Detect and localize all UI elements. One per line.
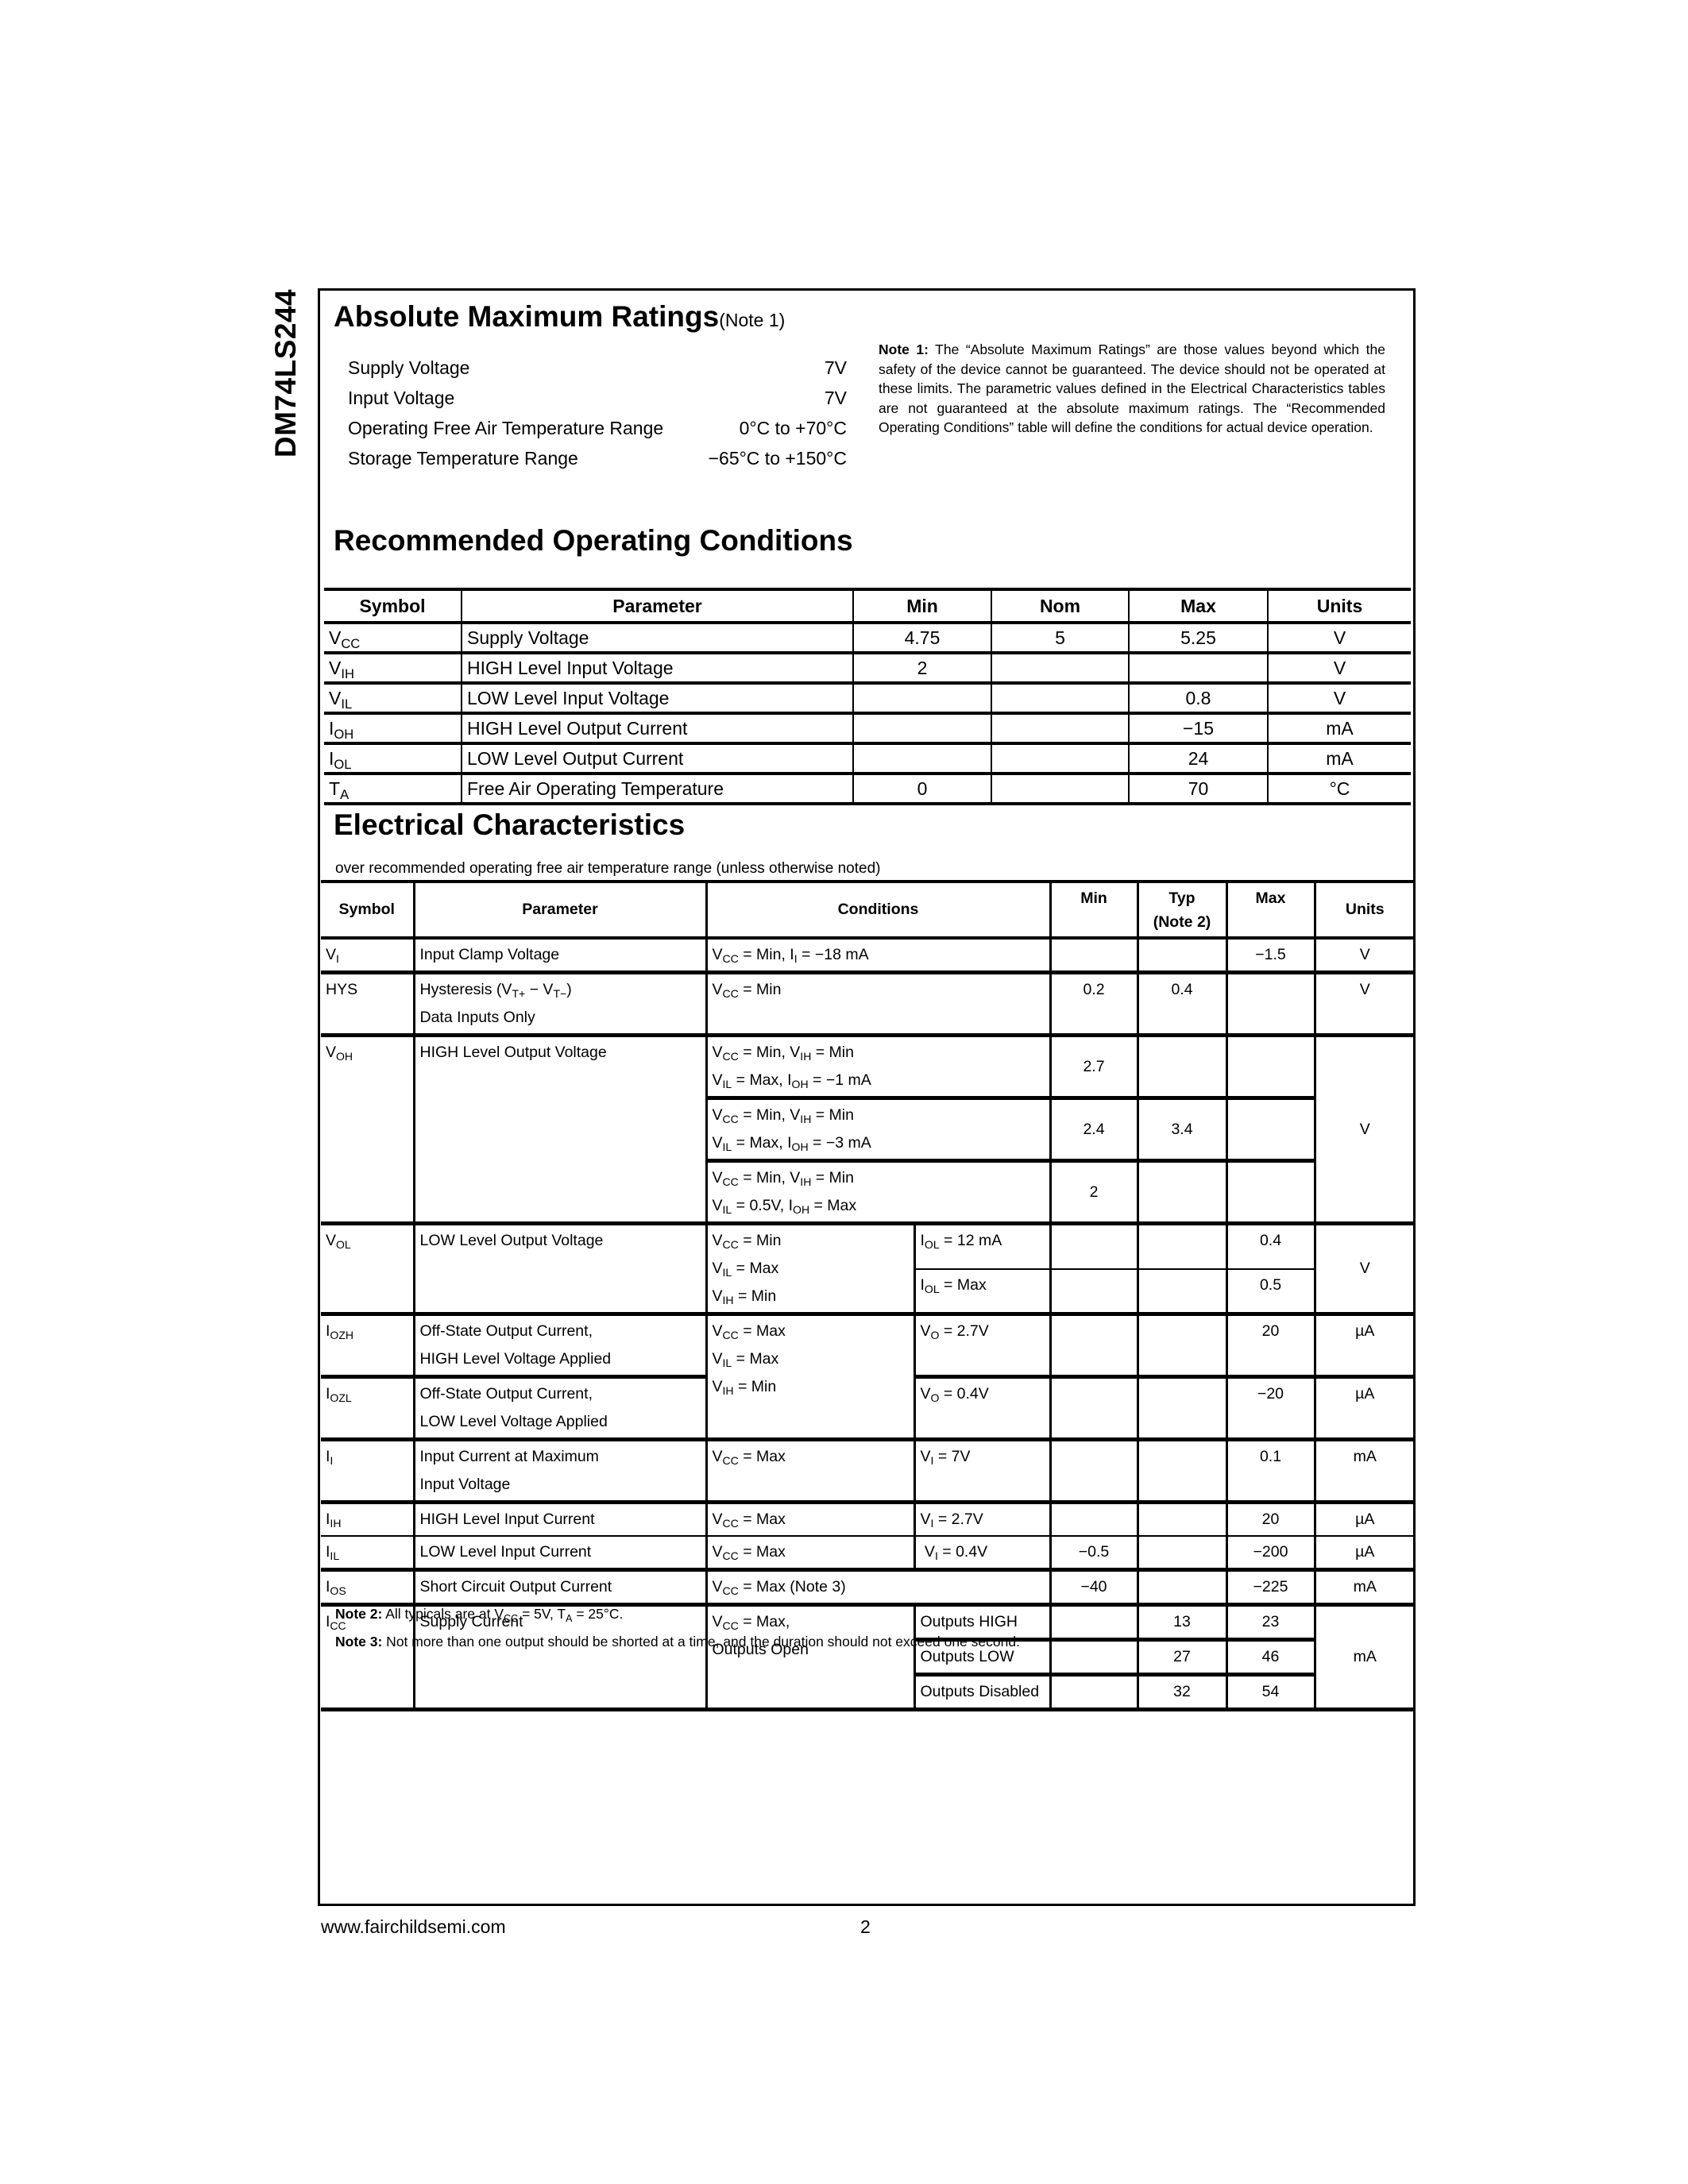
- table-row: VCCSupply Voltage4.7555.25V: [324, 623, 1411, 653]
- rating-row: Operating Free Air Temperature Range0°C …: [348, 413, 847, 443]
- cell-min: [1050, 1269, 1138, 1314]
- cell-units: V: [1268, 623, 1411, 653]
- cell-conditions-b: VO = 2.7V: [914, 1314, 1050, 1377]
- cell-min: [1050, 1675, 1138, 1710]
- cell-symbol: IOL: [324, 743, 462, 774]
- cell-nom: 5: [991, 623, 1129, 653]
- cell-max: −20: [1226, 1377, 1315, 1440]
- col-header: Symbol: [324, 589, 462, 623]
- cell-conditions: VCC = Max: [706, 1536, 914, 1570]
- cell-typ: 32: [1138, 1675, 1226, 1710]
- table-row: IOHHIGH Level Output Current−15mA: [324, 713, 1411, 743]
- cell-min: [1050, 1503, 1138, 1537]
- cell-units: V: [1315, 973, 1414, 1036]
- cell-max: 0.8: [1129, 683, 1268, 713]
- cell-conditions: VCC = MinVIL = MaxVIH = Min: [706, 1224, 914, 1314]
- cell-conditions: VCC = Min: [706, 973, 1050, 1036]
- cell-units: V: [1315, 1036, 1414, 1224]
- cell-min: [853, 743, 991, 774]
- col-header-units: Units: [1315, 882, 1414, 938]
- cell-parameter: LOW Level Output Voltage: [414, 1224, 706, 1314]
- recommended-operating-conditions-title: Recommended Operating Conditions: [334, 524, 853, 558]
- cell-min: [1050, 1640, 1138, 1675]
- table-row: VOLLOW Level Output VoltageVCC = MinVIL …: [321, 1224, 1414, 1269]
- cell-units: V: [1268, 683, 1411, 713]
- col-header-conditions: Conditions: [706, 882, 1050, 938]
- footnote-text: Not more than one output should be short…: [382, 1634, 1020, 1650]
- cell-min: [853, 713, 991, 743]
- cell-parameter: HIGH Level Output Current: [462, 713, 853, 743]
- cell-conditions: VCC = Min, II = −18 mA: [706, 938, 1050, 973]
- cell-conditions: VCC = Min, VIH = MinVIL = Max, IOH = −1 …: [706, 1036, 1050, 1098]
- footnote: Note 2: All typicals are at VCC = 5V, TA…: [335, 1600, 1020, 1628]
- cell-units: mA: [1268, 713, 1411, 743]
- cell-symbol: IIH: [321, 1503, 414, 1537]
- cell-symbol: IOZH: [321, 1314, 414, 1377]
- cell-conditions-b: VI = 0.4V: [914, 1536, 1050, 1570]
- col-header: Parameter: [462, 589, 853, 623]
- cell-nom: [991, 713, 1129, 743]
- cell-units: mA: [1268, 743, 1411, 774]
- cell-typ: [1138, 1570, 1226, 1605]
- footnote-label: Note 3:: [335, 1634, 382, 1650]
- col-header: Nom: [991, 589, 1129, 623]
- cell-parameter: Input Clamp Voltage: [414, 938, 706, 973]
- cell-parameter: Hysteresis (VT+ − VT−)Data Inputs Only: [414, 973, 706, 1036]
- table-row: IOZHOff-State Output Current,HIGH Level …: [321, 1314, 1414, 1377]
- cell-symbol: IOH: [324, 713, 462, 743]
- cell-units: µA: [1315, 1314, 1414, 1377]
- col-header: Units: [1268, 589, 1411, 623]
- electrical-characteristics-title: Electrical Characteristics: [334, 808, 685, 842]
- table-row: VIHHIGH Level Input Voltage2V: [324, 653, 1411, 683]
- cell-min: [853, 683, 991, 713]
- rating-label: Operating Free Air Temperature Range: [348, 413, 663, 443]
- table-row: IIHHIGH Level Input CurrentVCC = MaxVI =…: [321, 1503, 1414, 1537]
- cell-symbol: VCC: [324, 623, 462, 653]
- cell-symbol: TA: [324, 774, 462, 804]
- page-number: 2: [860, 1916, 871, 1938]
- electrical-characteristics-subtitle: over recommended operating free air temp…: [335, 860, 880, 878]
- cell-typ: [1138, 1269, 1226, 1314]
- rating-value: 0°C to +70°C: [740, 413, 847, 443]
- col-header-min: Min: [1050, 882, 1138, 938]
- table-row: IILLOW Level Input CurrentVCC = Max VI =…: [321, 1536, 1414, 1570]
- cell-max: −1.5: [1226, 938, 1315, 973]
- cell-typ: [1138, 1161, 1226, 1224]
- cell-min: 0: [853, 774, 991, 804]
- table-row: HYSHysteresis (VT+ − VT−)Data Inputs Onl…: [321, 973, 1414, 1036]
- cell-max: 23: [1226, 1605, 1315, 1640]
- rating-row: Storage Temperature Range−65°C to +150°C: [348, 443, 847, 473]
- cell-units: mA: [1315, 1605, 1414, 1710]
- col-header-symbol: Symbol: [321, 882, 414, 938]
- cell-parameter: Short Circuit Output Current: [414, 1570, 706, 1605]
- cell-nom: [991, 683, 1129, 713]
- cell-symbol: IIL: [321, 1536, 414, 1570]
- cell-parameter: Supply Voltage: [462, 623, 853, 653]
- absolute-max-ratings-title: Absolute Maximum Ratings(Note 1): [334, 300, 785, 334]
- cell-units: °C: [1268, 774, 1411, 804]
- col-header-parameter: Parameter: [414, 882, 706, 938]
- cell-min: 2.7: [1050, 1036, 1138, 1098]
- cell-max: 54: [1226, 1675, 1315, 1710]
- cell-conditions-b: IOL = Max: [914, 1269, 1050, 1314]
- cell-min: [1050, 1224, 1138, 1269]
- cell-parameter: LOW Level Output Current: [462, 743, 853, 774]
- cell-conditions: VCC = Max: [706, 1503, 914, 1537]
- cell-typ: [1138, 1036, 1226, 1098]
- electrical-characteristics-table: Symbol Parameter Conditions Min Typ(Note…: [321, 880, 1414, 1711]
- rating-label: Supply Voltage: [348, 353, 469, 383]
- cell-units: mA: [1315, 1440, 1414, 1503]
- cell-units: µA: [1315, 1503, 1414, 1537]
- note-1: Note 1: The “Absolute Maximum Ratings” a…: [879, 340, 1385, 438]
- footnote: Note 3: Not more than one output should …: [335, 1628, 1020, 1656]
- cell-typ: [1138, 1377, 1226, 1440]
- cell-max: [1226, 1036, 1315, 1098]
- cell-nom: [991, 774, 1129, 804]
- cell-max: 0.1: [1226, 1440, 1315, 1503]
- cell-typ: [1138, 938, 1226, 973]
- cell-parameter: HIGH Level Input Current: [414, 1503, 706, 1537]
- footnote-label: Note 2:: [335, 1606, 382, 1622]
- cell-max: 70: [1129, 774, 1268, 804]
- rating-row: Input Voltage7V: [348, 383, 847, 413]
- cell-conditions-b: VI = 7V: [914, 1440, 1050, 1503]
- cell-nom: [991, 653, 1129, 683]
- cell-typ: [1138, 1314, 1226, 1377]
- cell-max: 20: [1226, 1314, 1315, 1377]
- cell-typ: 27: [1138, 1640, 1226, 1675]
- cell-units: mA: [1315, 1570, 1414, 1605]
- cell-min: [1050, 1314, 1138, 1377]
- cell-min: 4.75: [853, 623, 991, 653]
- col-header: Max: [1129, 589, 1268, 623]
- cell-max: [1226, 1098, 1315, 1161]
- table-row: IOSShort Circuit Output CurrentVCC = Max…: [321, 1570, 1414, 1605]
- table-row: IIInput Current at MaximumInput VoltageV…: [321, 1440, 1414, 1503]
- rating-value: −65°C to +150°C: [709, 443, 847, 473]
- table-row: VOHHIGH Level Output VoltageVCC = Min, V…: [321, 1036, 1414, 1098]
- cell-min: −0.5: [1050, 1536, 1138, 1570]
- cell-min: 0.2: [1050, 973, 1138, 1036]
- table-row: VILLOW Level Input Voltage0.8V: [324, 683, 1411, 713]
- cell-max: 5.25: [1129, 623, 1268, 653]
- cell-typ: [1138, 1440, 1226, 1503]
- cell-max: 24: [1129, 743, 1268, 774]
- cell-symbol: HYS: [321, 973, 414, 1036]
- cell-max: 0.5: [1226, 1269, 1315, 1314]
- cell-parameter: Off-State Output Current,HIGH Level Volt…: [414, 1314, 706, 1377]
- cell-max: 46: [1226, 1640, 1315, 1675]
- rating-row: Supply Voltage7V: [348, 353, 847, 383]
- col-header-typ: Typ(Note 2): [1138, 882, 1226, 938]
- cell-min: 2.4: [1050, 1098, 1138, 1161]
- cell-max: 0.4: [1226, 1224, 1315, 1269]
- cell-symbol: VIH: [324, 653, 462, 683]
- cell-conditions-b: IOL = 12 mA: [914, 1224, 1050, 1269]
- cell-symbol: VI: [321, 938, 414, 973]
- cell-typ: 0.4: [1138, 973, 1226, 1036]
- cell-min: [1050, 1605, 1138, 1640]
- cell-max: −15: [1129, 713, 1268, 743]
- cell-symbol: IOS: [321, 1570, 414, 1605]
- cell-max: −200: [1226, 1536, 1315, 1570]
- cell-parameter: Off-State Output Current,LOW Level Volta…: [414, 1377, 706, 1440]
- cell-parameter: HIGH Level Input Voltage: [462, 653, 853, 683]
- rating-value: 7V: [825, 353, 847, 383]
- footnote-text: All typicals are at VCC = 5V, TA = 25°C.: [382, 1606, 623, 1622]
- cell-min: 2: [853, 653, 991, 683]
- cell-symbol: IOZL: [321, 1377, 414, 1440]
- table-row: VIInput Clamp VoltageVCC = Min, II = −18…: [321, 938, 1414, 973]
- cell-parameter: Free Air Operating Temperature: [462, 774, 853, 804]
- cell-conditions: VCC = Max (Note 3): [706, 1570, 1050, 1605]
- cell-units: V: [1315, 938, 1414, 973]
- cell-min: 2: [1050, 1161, 1138, 1224]
- cell-conditions: VCC = Min, VIH = MinVIL = Max, IOH = −3 …: [706, 1098, 1050, 1161]
- cell-max: [1226, 1161, 1315, 1224]
- cell-min: −40: [1050, 1570, 1138, 1605]
- cell-min: [1050, 938, 1138, 973]
- cell-max: [1226, 973, 1315, 1036]
- cell-typ: [1138, 1503, 1226, 1537]
- cell-symbol: VOH: [321, 1036, 414, 1224]
- cell-max: [1129, 653, 1268, 683]
- cell-min: [1050, 1440, 1138, 1503]
- cell-parameter: Input Current at MaximumInput Voltage: [414, 1440, 706, 1503]
- cell-conditions-b: VO = 0.4V: [914, 1377, 1050, 1440]
- cell-conditions: VCC = MaxVIL = MaxVIH = Min: [706, 1314, 914, 1440]
- table-row: IOLLOW Level Output Current24mA: [324, 743, 1411, 774]
- cell-conditions: VCC = Max: [706, 1440, 914, 1503]
- electrical-notes: Note 2: All typicals are at VCC = 5V, TA…: [335, 1600, 1020, 1656]
- cell-conditions-b: Outputs Disabled: [914, 1675, 1050, 1710]
- footer-url[interactable]: www.fairchildsemi.com: [321, 1916, 506, 1938]
- absolute-max-ratings-list: Supply Voltage7VInput Voltage7VOperating…: [348, 353, 847, 473]
- rating-label: Storage Temperature Range: [348, 443, 578, 473]
- cell-nom: [991, 743, 1129, 774]
- cell-units: V: [1315, 1224, 1414, 1314]
- cell-parameter: LOW Level Input Current: [414, 1536, 706, 1570]
- cell-conditions-b: VI = 2.7V: [914, 1503, 1050, 1537]
- table-row: TAFree Air Operating Temperature070°C: [324, 774, 1411, 804]
- cell-typ: [1138, 1224, 1226, 1269]
- cell-units: µA: [1315, 1377, 1414, 1440]
- cell-min: [1050, 1377, 1138, 1440]
- cell-parameter: HIGH Level Output Voltage: [414, 1036, 706, 1224]
- cell-typ: 3.4: [1138, 1098, 1226, 1161]
- cell-typ: 13: [1138, 1605, 1226, 1640]
- cell-parameter: LOW Level Input Voltage: [462, 683, 853, 713]
- cell-units: V: [1268, 653, 1411, 683]
- col-header-max: Max: [1226, 882, 1315, 938]
- cell-symbol: VOL: [321, 1224, 414, 1314]
- recommended-operating-conditions-table: SymbolParameterMinNomMaxUnits VCCSupply …: [324, 588, 1411, 805]
- cell-conditions: VCC = Min, VIH = MinVIL = 0.5V, IOH = Ma…: [706, 1161, 1050, 1224]
- cell-symbol: VIL: [324, 683, 462, 713]
- col-header: Min: [853, 589, 991, 623]
- rating-label: Input Voltage: [348, 383, 454, 413]
- cell-max: −225: [1226, 1570, 1315, 1605]
- cell-typ: [1138, 1536, 1226, 1570]
- cell-symbol: II: [321, 1440, 414, 1503]
- document-part-number: DM74LS244: [270, 287, 302, 458]
- cell-units: µA: [1315, 1536, 1414, 1570]
- cell-max: 20: [1226, 1503, 1315, 1537]
- rating-value: 7V: [825, 383, 847, 413]
